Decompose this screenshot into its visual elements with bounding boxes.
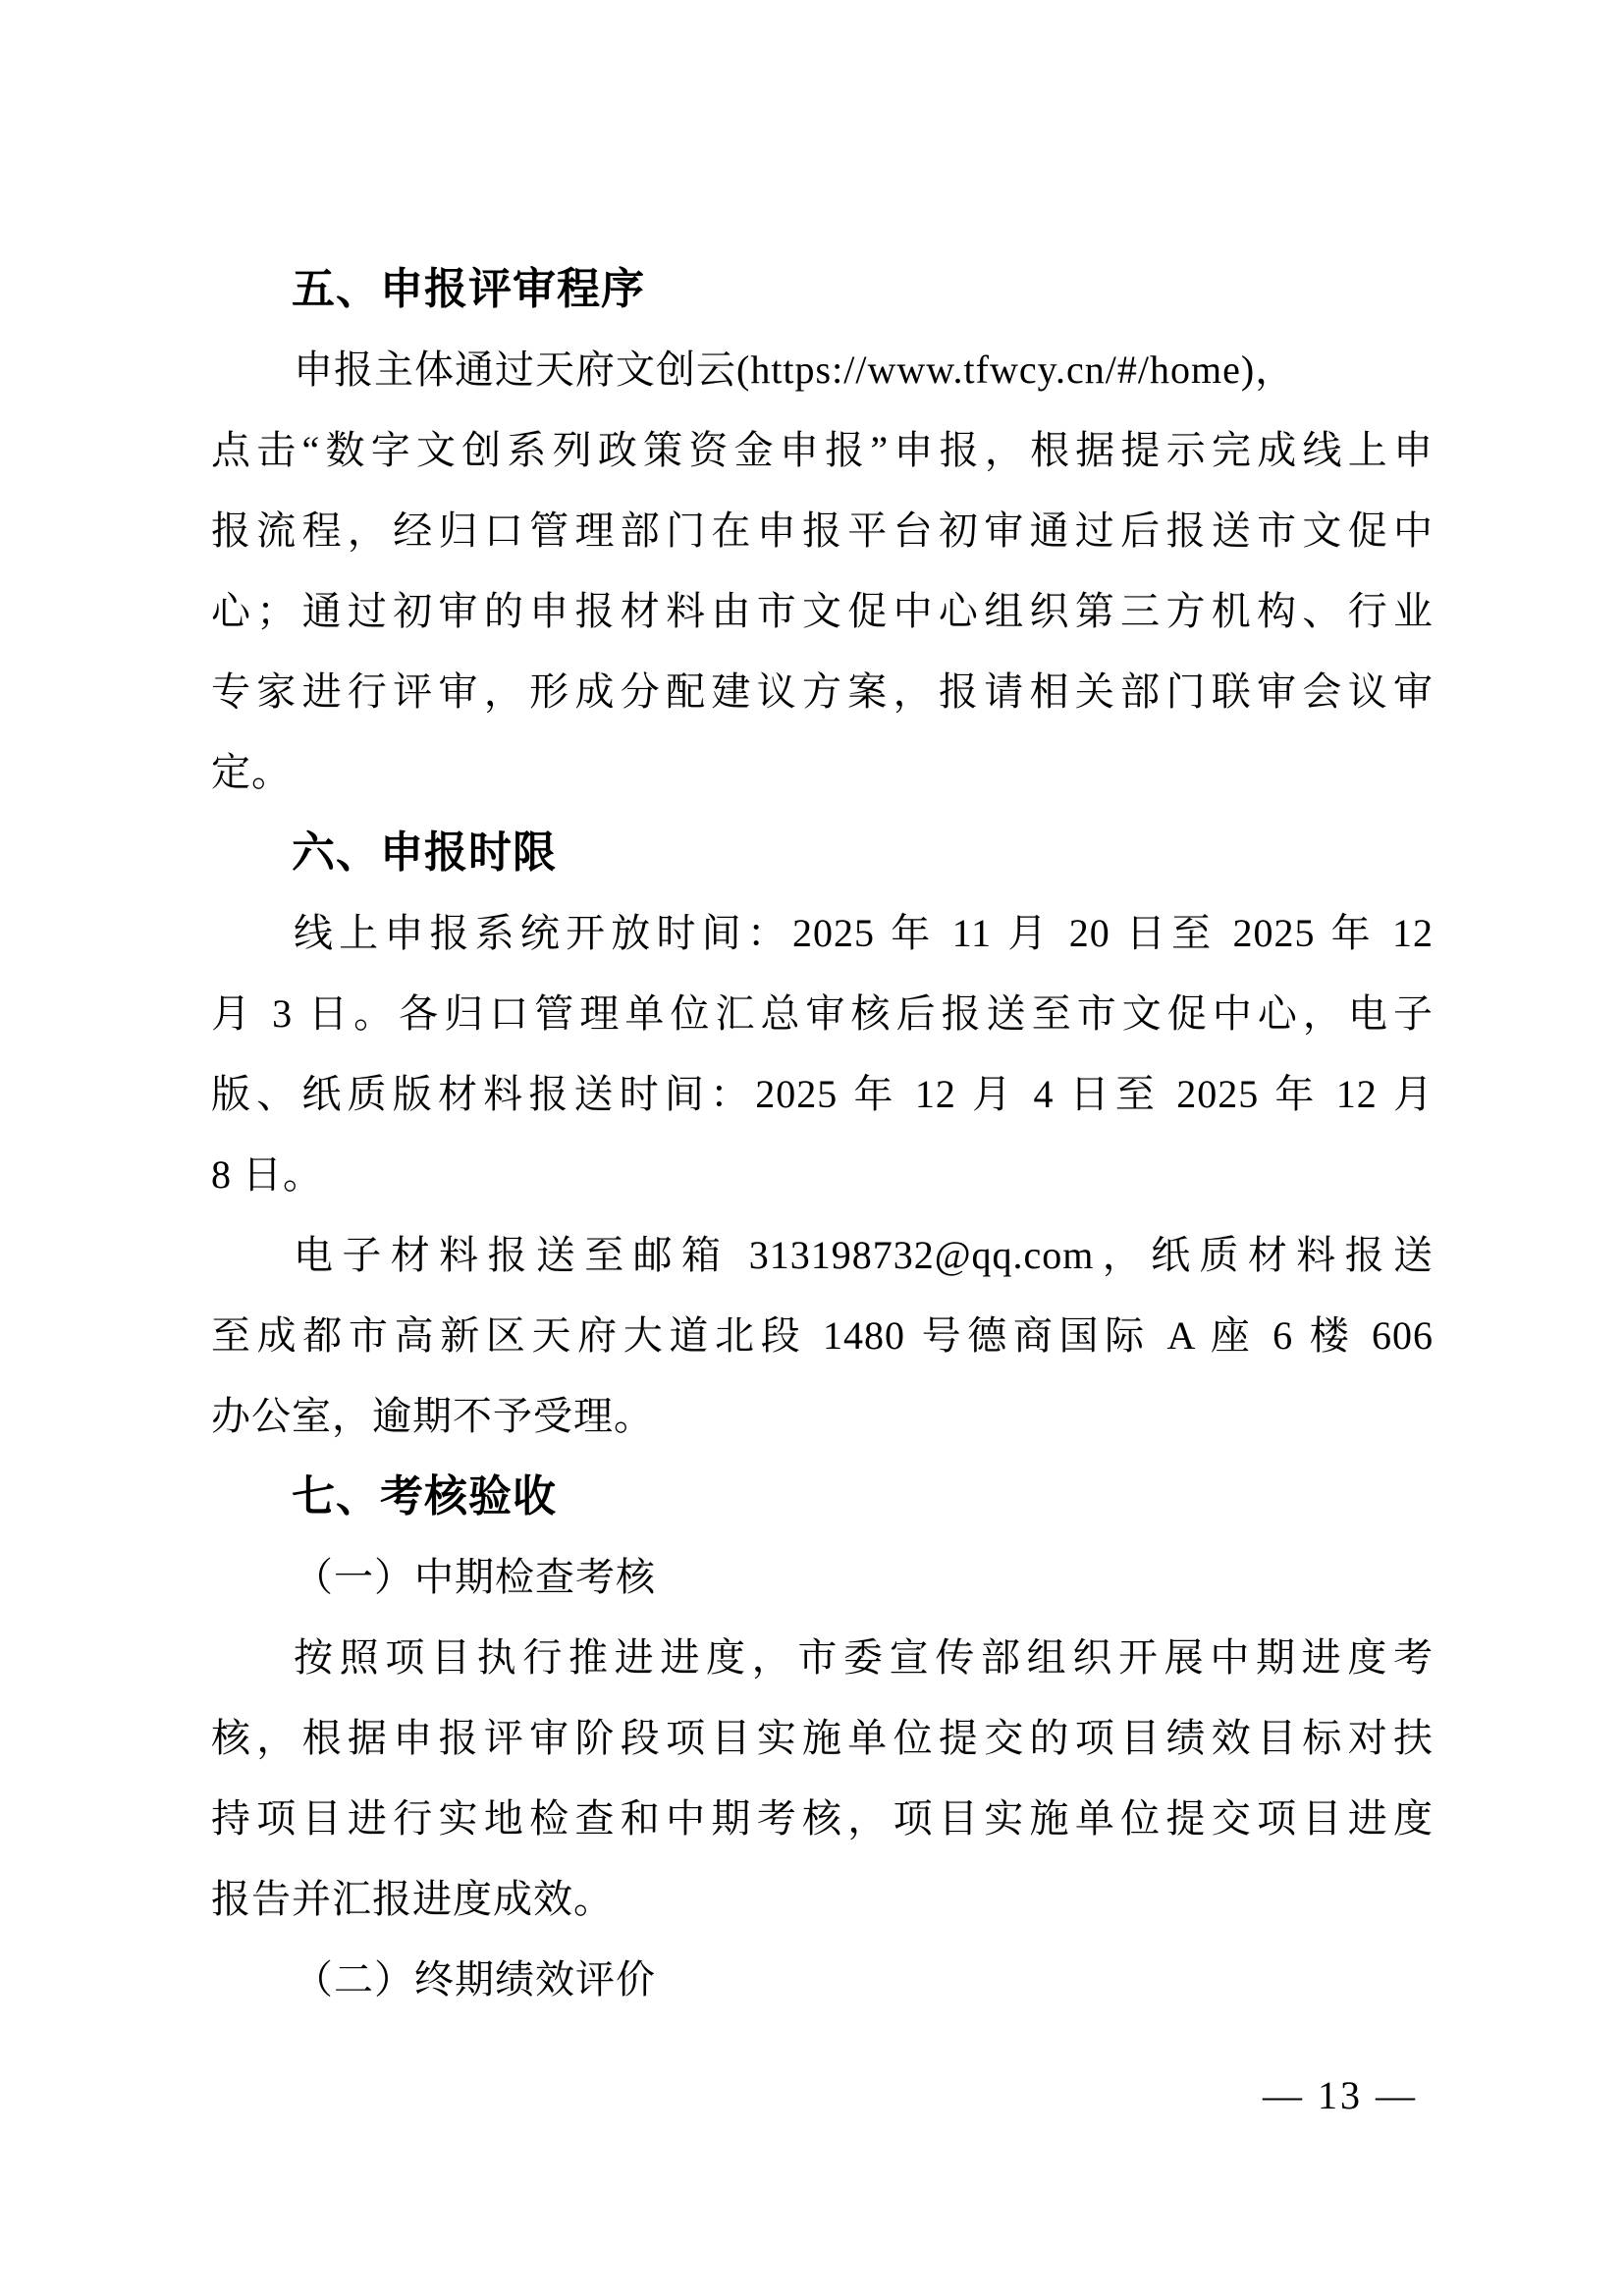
- section-heading-5: 五、申报评审程序: [211, 249, 1434, 330]
- paragraph-line: 核，根据申报评审阶段项目实施单位提交的项目绩效目标对扶: [211, 1698, 1434, 1779]
- section-heading-6: 六、申报时限: [211, 813, 1434, 893]
- paragraph-line: 专家进行评审，形成分配建议方案，报请相关部门联审会议审: [211, 652, 1434, 732]
- document-page: 五、申报评审程序 申报主体通过天府文创云(https://www.tfwcy.c…: [0, 0, 1624, 2296]
- subsection-heading-1: （一）中期检查考核: [211, 1537, 1434, 1618]
- paragraph-line: 电子材料报送至邮箱 313198732@qq.com，纸质材料报送: [211, 1215, 1434, 1296]
- paragraph-line: 持项目进行实地检查和中期考核，项目实施单位提交项目进度: [211, 1779, 1434, 1859]
- page-number: — 13 —: [1263, 2066, 1418, 2125]
- paragraph-line: 定。: [211, 732, 1434, 813]
- paragraph-line: 点击“数字文创系列政策资金申报”申报，根据提示完成线上申: [211, 410, 1434, 491]
- section-heading-7: 七、考核验收: [211, 1457, 1434, 1537]
- paragraph-line: 报流程，经归口管理部门在申报平台初审通过后报送市文促中: [211, 491, 1434, 571]
- document-body: 五、申报评审程序 申报主体通过天府文创云(https://www.tfwcy.c…: [211, 249, 1434, 2020]
- paragraph-line: 报告并汇报进度成效。: [211, 1859, 1434, 1940]
- paragraph-line: 办公室，逾期不予受理。: [211, 1376, 1434, 1457]
- paragraph-line: 心；通过初审的申报材料由市文促中心组织第三方机构、行业: [211, 571, 1434, 652]
- paragraph-line: 至成都市高新区天府大道北段 1480 号德商国际 A 座 6 楼 606: [211, 1296, 1434, 1376]
- paragraph-line: 申报主体通过天府文创云(https://www.tfwcy.cn/#/home)…: [211, 330, 1434, 410]
- paragraph-line: 8 日。: [211, 1135, 1434, 1215]
- subsection-heading-2: （二）终期绩效评价: [211, 1940, 1434, 2020]
- paragraph-line: 版、纸质版材料报送时间：2025 年 12 月 4 日至 2025 年 12 月: [211, 1054, 1434, 1135]
- paragraph-line: 线上申报系统开放时间：2025 年 11 月 20 日至 2025 年 12: [211, 893, 1434, 974]
- paragraph-line: 月 3 日。各归口管理单位汇总审核后报送至市文促中心，电子: [211, 974, 1434, 1054]
- paragraph-line: 按照项目执行推进进度，市委宣传部组织开展中期进度考: [211, 1618, 1434, 1698]
